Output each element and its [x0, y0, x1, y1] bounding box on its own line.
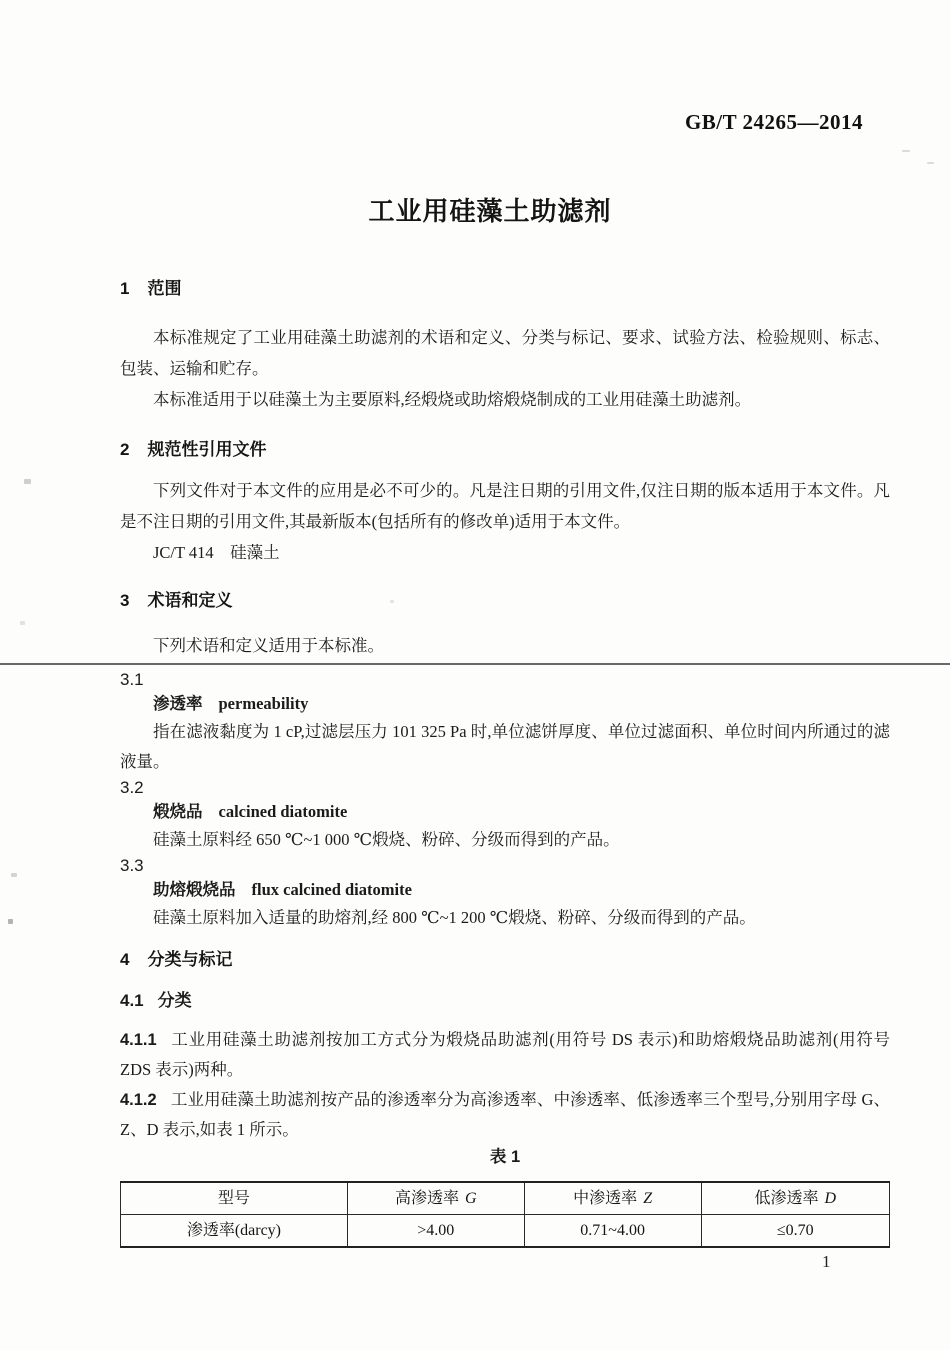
table-1-header-low-symbol: D — [825, 1190, 837, 1207]
table-row: 渗透率(darcy) >4.00 0.71~4.00 ≤0.70 — [121, 1215, 890, 1248]
page-number: 1 — [822, 1252, 831, 1272]
term-3-2-zh: 煅烧品 — [153, 803, 203, 821]
section-4-title: 分类与标记 — [147, 950, 232, 969]
table-1-header-row: 型号 高渗透率G 中渗透率Z 低渗透率D — [121, 1182, 890, 1215]
term-3-2: 3.2 煅烧品calcined diatomite 硅藻土原料经 650 ℃~1… — [120, 777, 890, 855]
table-1-header-model: 型号 — [121, 1182, 348, 1215]
section-1-paragraph-2: 本标准适用于以硅藻土为主要原料,经煅烧或助熔煅烧制成的工业用硅藻土助滤剂。 — [120, 384, 890, 415]
section-2-number: 2 — [120, 439, 129, 461]
term-3-1-name: 渗透率permeability — [120, 691, 890, 717]
scan-speck — [20, 621, 25, 625]
table-1-cell-medium-value: 0.71~4.00 — [524, 1215, 701, 1248]
section-4-heading: 4分类与标记 — [120, 949, 890, 971]
section-4-1-title: 分类 — [158, 991, 192, 1010]
section-3-heading: 3术语和定义 — [120, 590, 890, 612]
standard-code: GB/T 24265—2014 — [685, 110, 863, 135]
document-page: GB/T 24265—2014 工业用硅藻土助滤剂 1范围 本标准规定了工业用硅… — [0, 0, 950, 1350]
term-3-2-name: 煅烧品calcined diatomite — [120, 799, 890, 825]
term-3-3-zh: 助熔煅烧品 — [153, 881, 236, 899]
scan-speck — [8, 919, 13, 924]
section-1-title: 范围 — [147, 279, 181, 298]
table-1-caption: 表 1 — [120, 1147, 890, 1167]
clause-4-1-1-number: 4.1.1 — [120, 1031, 157, 1049]
clause-4-1-1: 4.1.1工业用硅藻土助滤剂按加工方式分为煅烧品助滤剂(用符号 DS 表示)和助… — [120, 1025, 890, 1085]
scan-speck — [11, 873, 17, 877]
term-3-1: 3.1 渗透率permeability 指在滤液黏度为 1 cP,过滤层压力 1… — [120, 669, 890, 777]
document-title: 工业用硅藻土助滤剂 — [100, 191, 880, 228]
clause-4-1-2: 4.1.2工业用硅藻土助滤剂按产品的渗透率分为高渗透率、中渗透率、低渗透率三个型… — [120, 1085, 890, 1145]
section-1-heading: 1范围 — [120, 278, 890, 300]
table-1-header-high-symbol: G — [465, 1190, 477, 1207]
clause-4-1-2-text: 工业用硅藻土助滤剂按产品的渗透率分为高渗透率、中渗透率、低渗透率三个型号,分别用… — [120, 1090, 890, 1139]
table-1-header-medium: 中渗透率Z — [524, 1182, 701, 1215]
term-3-3-en: flux calcined diatomite — [252, 880, 412, 899]
clause-4-1-1-text: 工业用硅藻土助滤剂按加工方式分为煅烧品助滤剂(用符号 DS 表示)和助熔煅烧品助… — [120, 1030, 890, 1079]
section-2-heading: 2规范性引用文件 — [120, 439, 890, 461]
table-1-header-low: 低渗透率D — [701, 1182, 889, 1215]
section-2-title: 规范性引用文件 — [147, 440, 266, 459]
normative-reference: JC/T 414 硅藻土 — [120, 537, 890, 568]
term-3-2-number: 3.2 — [120, 777, 890, 799]
scan-speck — [24, 479, 31, 484]
table-1-cell-permeability-label: 渗透率(darcy) — [121, 1215, 348, 1248]
table-1-cell-high-value: >4.00 — [347, 1215, 524, 1248]
scan-speck — [902, 150, 910, 152]
clause-4-1-2-number: 4.1.2 — [120, 1091, 157, 1109]
section-4-number: 4 — [120, 949, 129, 971]
terms-list: 3.1 渗透率permeability 指在滤液黏度为 1 cP,过滤层压力 1… — [120, 669, 890, 933]
section-4-1-heading: 4.1分类 — [120, 991, 890, 1011]
term-3-2-definition: 硅藻土原料经 650 ℃~1 000 ℃煅烧、粉碎、分级而得到的产品。 — [120, 825, 890, 855]
term-3-3: 3.3 助熔煅烧品flux calcined diatomite 硅藻土原料加入… — [120, 855, 890, 933]
term-3-3-definition: 硅藻土原料加入适量的助熔剂,经 800 ℃~1 200 ℃煅烧、粉碎、分级而得到… — [120, 903, 890, 933]
table-1-header-high: 高渗透率G — [347, 1182, 524, 1215]
section-1-paragraph-1: 本标准规定了工业用硅藻土助滤剂的术语和定义、分类与标记、要求、试验方法、检验规则… — [120, 322, 890, 384]
term-3-1-number: 3.1 — [120, 669, 890, 691]
term-3-1-definition: 指在滤液黏度为 1 cP,过滤层压力 101 325 Pa 时,单位滤饼厚度、单… — [120, 717, 890, 777]
term-3-1-en: permeability — [219, 694, 309, 713]
scan-artifact-line — [0, 663, 950, 665]
section-3-intro: 下列术语和定义适用于本标准。 — [120, 630, 890, 661]
section-4-1-number: 4.1 — [120, 991, 144, 1011]
term-3-3-number: 3.3 — [120, 855, 890, 877]
table-1-header-medium-symbol: Z — [643, 1190, 652, 1207]
term-3-2-en: calcined diatomite — [219, 802, 348, 821]
term-3-3-name: 助熔煅烧品flux calcined diatomite — [120, 877, 890, 903]
table-1-cell-low-value: ≤0.70 — [701, 1215, 889, 1248]
term-3-1-zh: 渗透率 — [153, 695, 203, 713]
scan-speck — [927, 162, 934, 164]
document-body: 1范围 本标准规定了工业用硅藻土助滤剂的术语和定义、分类与标记、要求、试验方法、… — [120, 270, 890, 1248]
section-2-paragraph-1: 下列文件对于本文件的应用是必不可少的。凡是注日期的引用文件,仅注日期的版本适用于… — [120, 475, 890, 537]
section-1-number: 1 — [120, 278, 129, 300]
section-3-number: 3 — [120, 590, 129, 612]
scan-speck — [390, 600, 394, 603]
table-1: 型号 高渗透率G 中渗透率Z 低渗透率D 渗透率(darcy) >4.00 0.… — [120, 1181, 890, 1248]
section-3-title: 术语和定义 — [147, 591, 232, 610]
